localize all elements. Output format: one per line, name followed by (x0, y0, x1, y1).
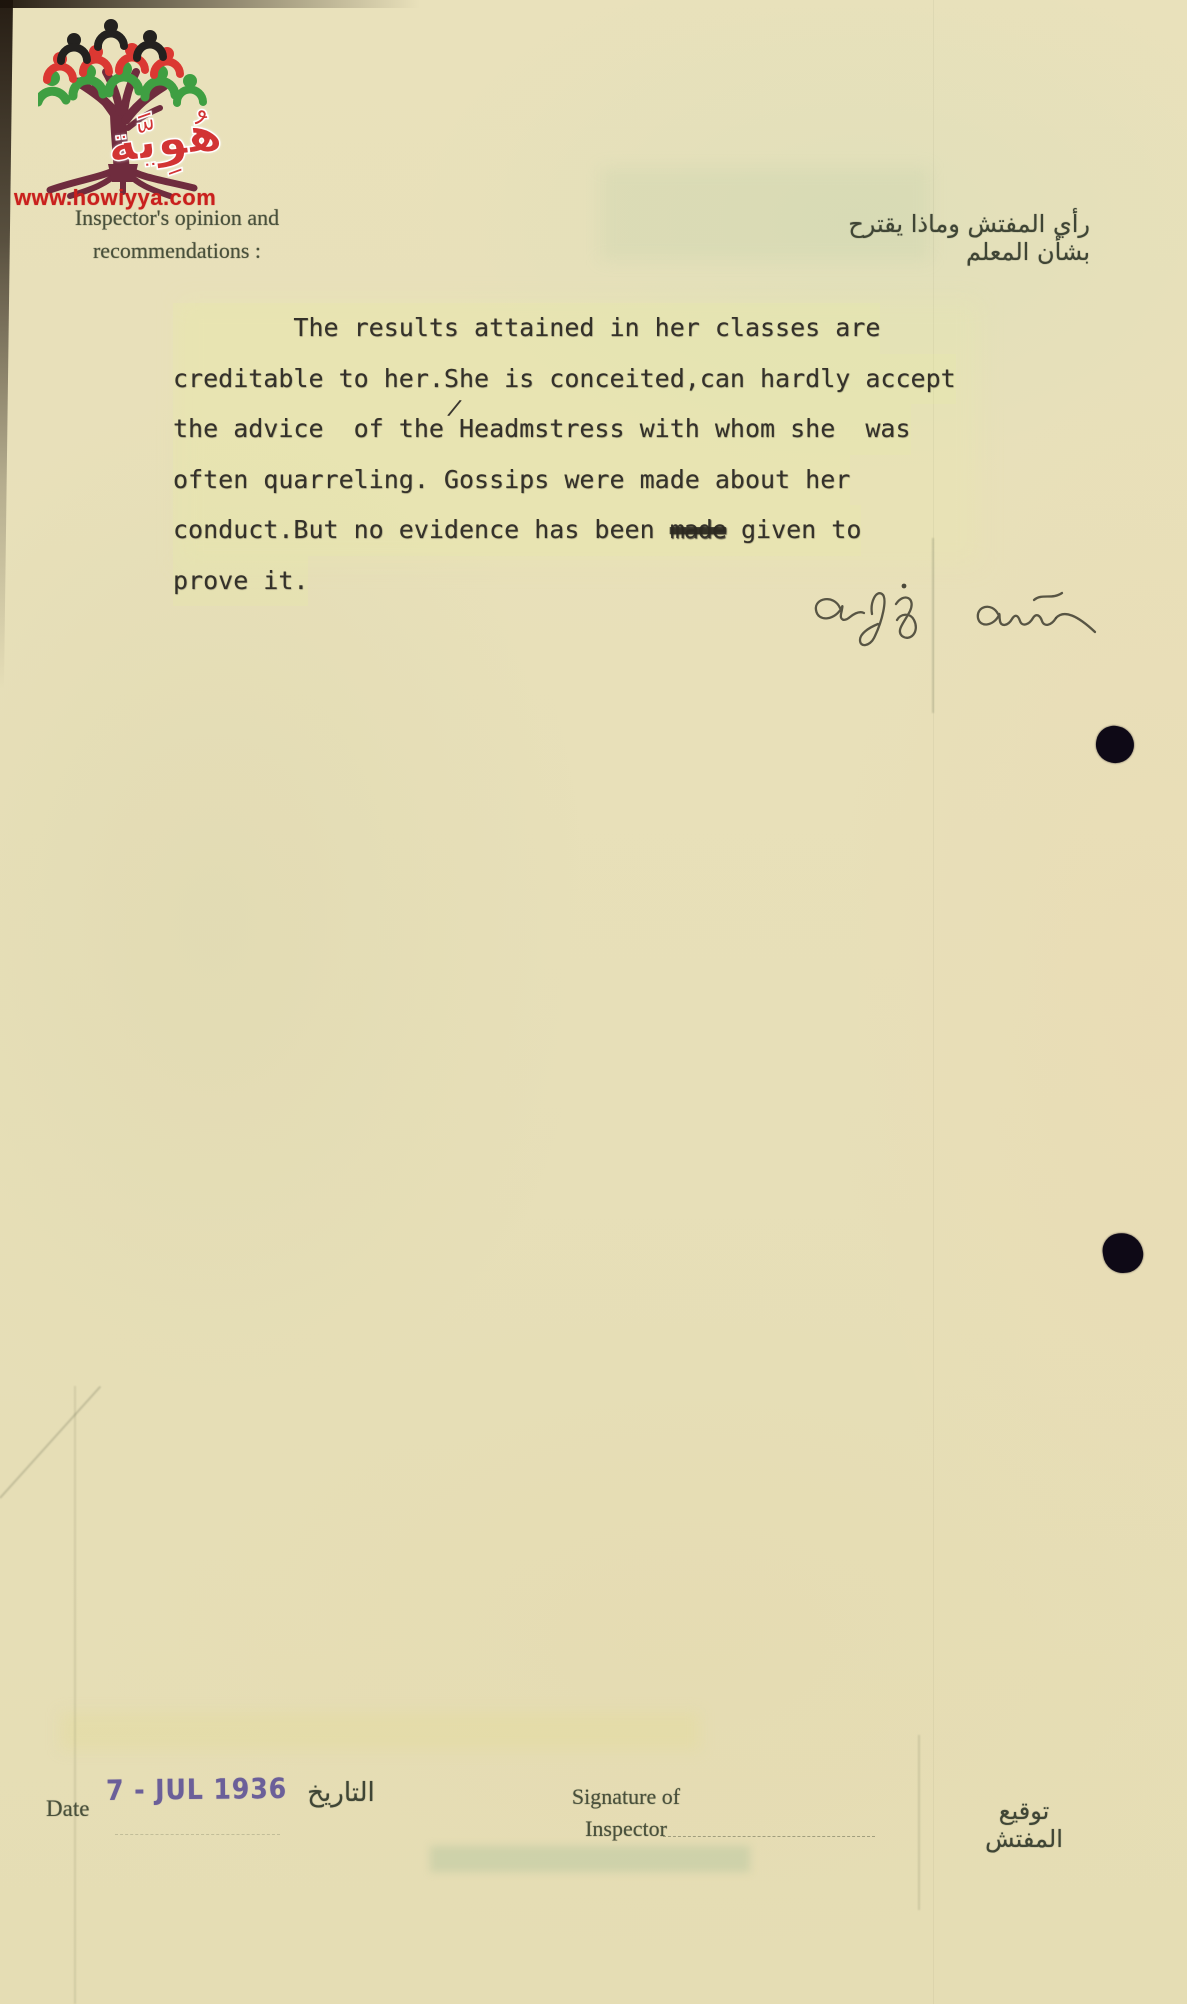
signature-label-arabic: توقيع المفتش (956, 1797, 1092, 1853)
punch-hole-top (1093, 723, 1137, 766)
inspectors-opinion-label-arabic: رأي المفتش وماذا يقترح بشأن المعلم (790, 210, 1090, 266)
punch-hole-bottom (1100, 1230, 1145, 1275)
date-stamp: 7 - JUL 1936 (106, 1772, 287, 1807)
paper-crease-diagonal (0, 1386, 101, 1499)
overstruck-word: made (670, 515, 726, 544)
date-leader-line (115, 1834, 280, 1835)
inspectors-opinion-label-line2: recommendations : (34, 234, 320, 267)
document-page: هُوِيَّة www.howiyya.com Inspector's opi… (0, 0, 1187, 2004)
scan-edge-top (0, 0, 420, 8)
typed-line: conduct.But no evidence has been made gi… (173, 505, 861, 556)
typed-segment: conduct.But no evidence has been (173, 515, 670, 544)
watermark-url-text: www.howiyya.com (14, 185, 216, 211)
typed-opinion-paragraph: The results attained in her classes are … (173, 303, 956, 606)
paper-crease-vertical-faint (933, 0, 934, 2004)
typed-segment: given to (726, 515, 861, 544)
date-label: Date (46, 1796, 89, 1822)
show-through-patch (60, 1712, 700, 1750)
show-through-text-smudge (430, 1846, 750, 1872)
typed-line: prove it. (173, 556, 308, 607)
typed-line: creditable to her.She is conceited,can h… (173, 354, 956, 405)
signature-label-line2: Inspector (538, 1813, 714, 1845)
inspector-signature-handwriting (800, 578, 1100, 666)
paper-crease-vertical (918, 1735, 920, 1910)
typed-line: The results attained in her classes are (173, 303, 880, 354)
scan-edge-left (0, 0, 13, 690)
date-label-arabic: التاريخ (296, 1778, 386, 1808)
typed-line: the advice of the Headmstress with whom … (173, 404, 911, 455)
signature-label-line1: Signature of (538, 1781, 714, 1813)
signature-leader-line (663, 1836, 875, 1837)
paper-crease-vertical (74, 1386, 76, 2004)
typed-line: often quarreling. Gossips were made abou… (173, 455, 850, 506)
